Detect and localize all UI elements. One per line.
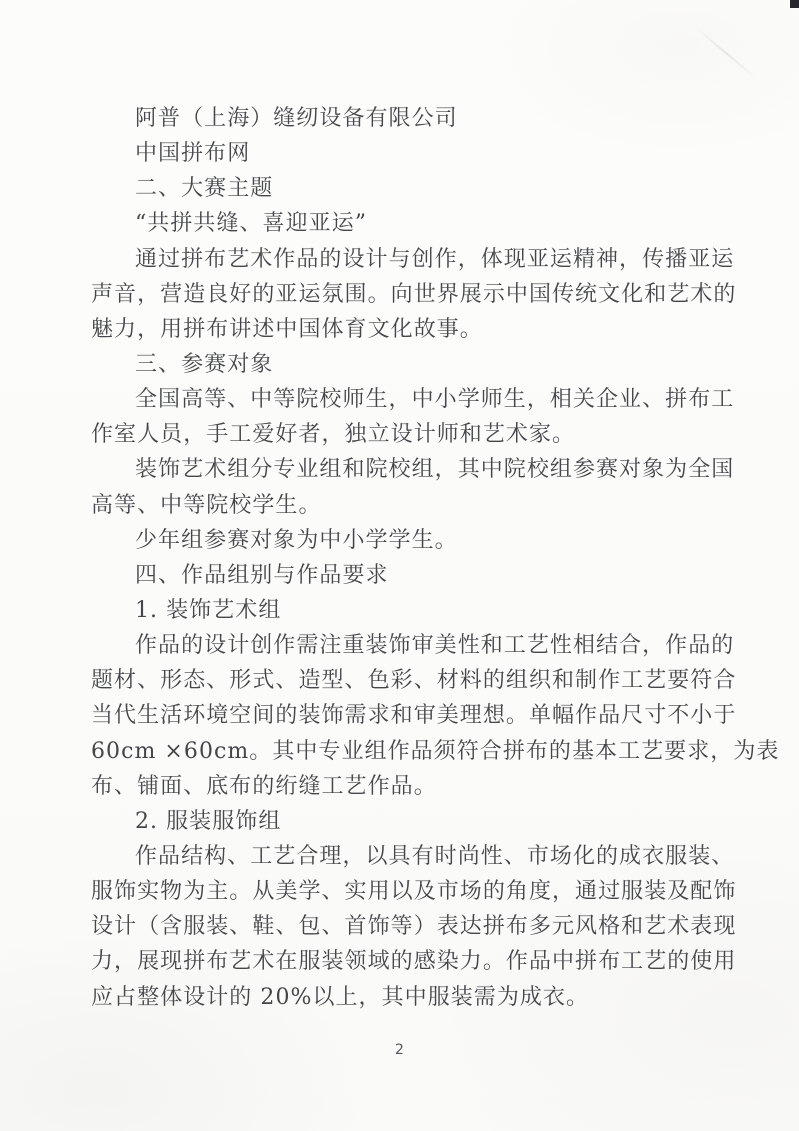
page-number: 2	[0, 1042, 799, 1058]
text-line: 少年组参赛对象为中小学学生。	[91, 523, 717, 558]
section-heading: 三、参赛对象	[91, 347, 717, 382]
text-line: 高等、中等院校学生。	[91, 488, 717, 523]
text-line: 作品的设计创作需注重装饰审美性和工艺性相结合，作品的	[91, 628, 717, 663]
text-line: 魅力，用拼布讲述中国体育文化故事。	[91, 312, 717, 347]
scan-corner-mark	[790, 0, 799, 8]
text-line: 当代生活环境空间的装饰需求和审美理想。单幅作品尺寸不小于	[91, 698, 717, 733]
text-line: 设计（含服装、鞋、包、首饰等）表达拼布多元风格和艺术表现	[91, 909, 717, 944]
section-heading: 二、大赛主题	[91, 171, 717, 206]
text-line: 60cm ×60cm。其中专业组作品须符合拼布的基本工艺要求，为表	[91, 734, 717, 769]
text-line: 力，展现拼布艺术在服装领域的感染力。作品中拼布工艺的使用	[91, 944, 717, 979]
text-line: 作品结构、工艺合理，以具有时尚性、市场化的成衣服装、	[91, 839, 717, 874]
theme-quote-line: “共拼共缝、喜迎亚运”	[91, 206, 717, 241]
text-line: 全国高等、中等院校师生，中小学师生，相关企业、拼布工	[91, 382, 717, 417]
paper-crease-mark	[695, 27, 756, 79]
text-line: 题材、形态、形式、造型、色彩、材料的组织和制作工艺要符合	[91, 663, 717, 698]
text-line: 声音，营造良好的亚运氛围。向世界展示中国传统文化和艺术的	[91, 277, 717, 312]
text-line: 服饰实物为主。从美学、实用以及市场的角度，通过服装及配饰	[91, 874, 717, 909]
text-line: 应占整体设计的 20%以上，其中服装需为成衣。	[91, 980, 717, 1015]
text-line: 阿普（上海）缝纫设备有限公司	[91, 101, 717, 136]
subsection-heading: 2. 服装服饰组	[91, 804, 717, 839]
text-line: 装饰艺术组分专业组和院校组，其中院校组参赛对象为全国	[91, 452, 717, 487]
text-line: 通过拼布艺术作品的设计与创作，体现亚运精神，传播亚运	[91, 242, 717, 277]
text-line: 布、铺面、底布的绗缝工艺作品。	[91, 769, 717, 804]
section-heading: 四、作品组别与作品要求	[91, 558, 717, 593]
text-line: 中国拼布网	[91, 136, 717, 171]
text-line: 作室人员，手工爱好者，独立设计师和艺术家。	[91, 417, 717, 452]
document-text-block: 阿普（上海）缝纫设备有限公司 中国拼布网 二、大赛主题 “共拼共缝、喜迎亚运” …	[91, 101, 717, 1015]
subsection-heading: 1. 装饰艺术组	[91, 593, 717, 628]
scanned-document-page: 阿普（上海）缝纫设备有限公司 中国拼布网 二、大赛主题 “共拼共缝、喜迎亚运” …	[0, 0, 799, 1131]
